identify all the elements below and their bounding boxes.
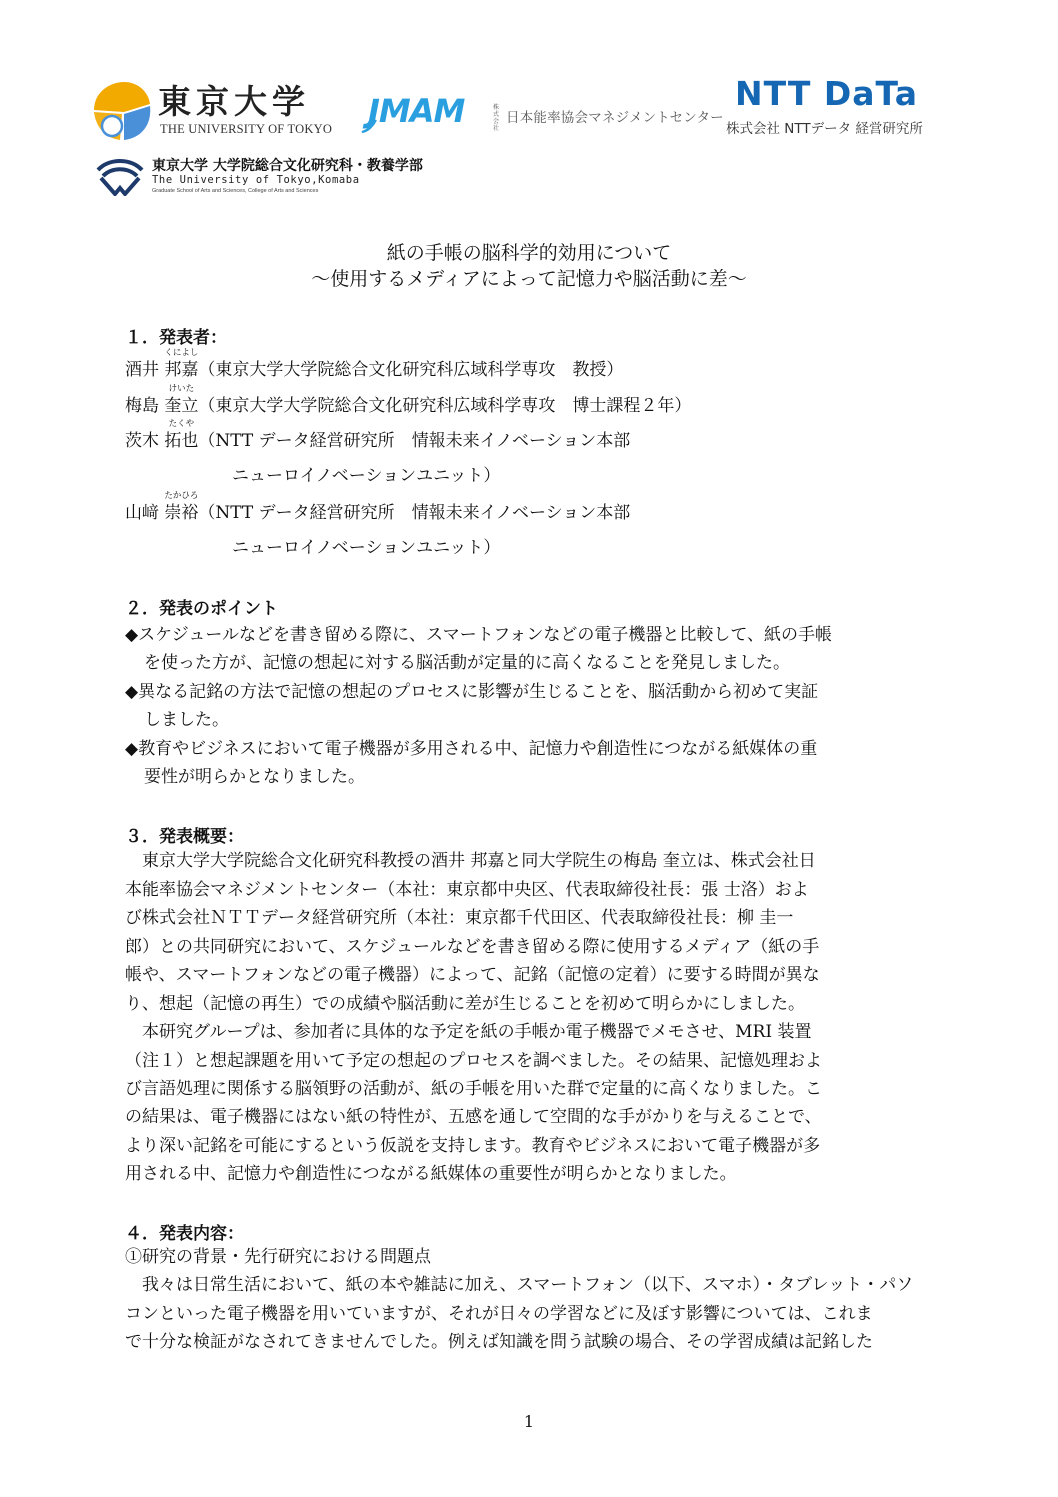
presenter-row: 山﨑 たかひろ崇裕（NTT データ経営研究所 情報未来イノベーション本部 xyxy=(125,501,630,525)
content-subheading: ①研究の背景・先行研究における問題点 xyxy=(125,1245,431,1269)
presenter-ruby: くによし xyxy=(164,348,198,358)
presenter-row: 酒井 くによし邦嘉（東京大学大学院総合文化研究科広域科学専攻 教授） xyxy=(125,358,623,382)
section-heading-points: ２．発表のポイント xyxy=(125,594,278,619)
summary-line: 本研究グループは、参加者に具体的な予定を紙の手帳か電子機器でメモさせ、MRI 装… xyxy=(125,1020,811,1044)
point-item: ◆教育やビジネスにおいて電子機器が多用される中、記憶力や創造性につながる紙媒体の… xyxy=(125,737,817,761)
komaba-name-en-small: Graduate School of Arts and Sciences, Co… xyxy=(152,188,318,194)
presenter-affiliation-continued: ニューロイノベーションユニット） xyxy=(232,464,500,488)
komaba-name-en: The University of Tokyo,Komaba xyxy=(152,174,360,186)
presenter-row: 茨木 たくや拓也（NTT データ経営研究所 情報未来イノベーション本部 xyxy=(125,429,630,453)
summary-line: り、想起（記憶の再生）での成績や脳活動に差が生じることを初めて明らかにしました。 xyxy=(125,992,805,1016)
section-heading-summary: ３．発表概要： xyxy=(125,822,244,847)
summary-line: び株式会社ＮＴＴデータ経営研究所（本社：東京都千代田区、代表取締役社長：柳 圭一 xyxy=(125,906,793,930)
presenter-ruby: けいた xyxy=(164,384,198,394)
summary-line: の結果は、電子機器にはない紙の特性が、五感を通して空間的な手がかりを与えることで… xyxy=(125,1105,822,1129)
utokyo-name-en: THE UNIVERSITY OF TOKYO xyxy=(160,122,332,137)
presenter-ruby: たくや xyxy=(164,419,198,429)
utokyo-ginkgo-logo-icon xyxy=(90,80,152,142)
diamond-bullet-icon: ◆ xyxy=(125,682,138,702)
content-line: で十分な検証がなされてきませんでした。例えば知識を問う試験の場合、その学習成績は… xyxy=(125,1330,873,1354)
document-subtitle: ～使用するメディアによって記憶力や脳活動に差～ xyxy=(0,266,1058,292)
presenter-affiliation-continued: ニューロイノベーションユニット） xyxy=(232,536,500,560)
presenter-surname: 酒井 xyxy=(125,360,159,380)
summary-line: 用される中、記憶力や創造性につながる紙媒体の重要性が明らかとなりました。 xyxy=(125,1162,737,1186)
presenter-given-name: たかひろ崇裕 xyxy=(164,503,198,523)
summary-line: 帳や、スマートフォンなどの電子機器）によって、記銘（記憶の定着）に要する時間が異… xyxy=(125,963,820,987)
summary-line: より深い記銘を可能にするという仮説を支持します。教育やビジネスにおいて電子機器が… xyxy=(125,1134,820,1158)
nttdata-logo: NTT DaTa xyxy=(735,76,918,112)
nttdata-subsidiary-name: 株式会社 NTTデータ 経営研究所 xyxy=(726,117,923,137)
content-line: 我々は日常生活において、紙の本や雑誌に加え、スマートフォン（以下、スマホ）・タブ… xyxy=(125,1273,913,1297)
point-item-cont: 要性が明らかとなりました。 xyxy=(144,765,365,789)
komaba-logo-icon xyxy=(95,154,145,196)
point-item-cont: を使った方が、記憶の想起に対する脳活動が定量的に高くなることを発見しました。 xyxy=(144,651,790,675)
presenter-affiliation: （東京大学大学院総合文化研究科広域科学専攻 教授） xyxy=(198,360,623,380)
summary-line: び言語処理に関係する脳領野の活動が、紙の手帳を用いた群で定量的に高くなりました。… xyxy=(125,1077,822,1101)
summary-line: （注１）と想起課題を用いて予定の想起のプロセスを調べました。その結果、記憶処理お… xyxy=(125,1049,822,1073)
document-title: 紙の手帳の脳科学的効用について xyxy=(0,240,1058,266)
presenter-given-name: たくや拓也 xyxy=(164,431,198,451)
page-number: 1 xyxy=(0,1412,1058,1431)
jmam-logo-icon: JMAM xyxy=(360,90,475,135)
diamond-bullet-icon: ◆ xyxy=(125,625,138,645)
content-line: コンといった電子機器を用いていますが、それが日々の学習などに及ぼす影響については… xyxy=(125,1302,873,1326)
presenter-ruby: たかひろ xyxy=(164,491,198,501)
point-item: ◆スケジュールなどを書き留める際に、スマートフォンなどの電子機器と比較して、紙の… xyxy=(125,623,832,647)
summary-line: 東京大学大学院総合文化研究科教授の酒井 邦嘉と同大学院生の梅島 奎立は、株式会社… xyxy=(125,849,816,873)
presenter-surname: 梅島 xyxy=(125,396,159,416)
presenter-surname: 茨木 xyxy=(125,431,159,451)
presenter-surname: 山﨑 xyxy=(125,503,159,523)
section-heading-content: ４．発表内容： xyxy=(125,1219,244,1244)
jmam-company-name: 株式会社日本能率協会マネジメントセンター xyxy=(493,104,724,132)
diamond-bullet-icon: ◆ xyxy=(125,739,138,759)
presenter-affiliation: （NTT データ経営研究所 情報未来イノベーション本部 xyxy=(198,431,630,451)
presenter-given-name: くによし邦嘉 xyxy=(164,360,198,380)
summary-line: 本能率協会マネジメントセンター（本社：東京都中央区、代表取締役社長：張 士洛）お… xyxy=(125,878,809,902)
presenter-affiliation: （東京大学大学院総合文化研究科広域科学専攻 博士課程２年） xyxy=(198,396,691,416)
presenter-given-name: けいた奎立 xyxy=(164,396,198,416)
section-heading-presenters: １．発表者： xyxy=(125,323,227,348)
utokyo-name-jp: 東京大学 xyxy=(158,84,310,120)
presenter-affiliation: （NTT データ経営研究所 情報未来イノベーション本部 xyxy=(198,503,630,523)
jmam-kabushiki-mark: 株式会社 xyxy=(493,104,503,132)
svg-text:JMAM: JMAM xyxy=(362,92,466,130)
point-item-cont: しました。 xyxy=(144,708,229,732)
point-item: ◆異なる記銘の方法で記憶の想起のプロセスに影響が生じることを、脳活動から初めて実… xyxy=(125,680,818,704)
presenter-row: 梅島 けいた奎立（東京大学大学院総合文化研究科広域科学専攻 博士課程２年） xyxy=(125,394,691,418)
summary-line: 郎）との共同研究において、スケジュールなどを書き留める際に使用するメディア（紙の… xyxy=(125,935,819,959)
komaba-name-jp: 東京大学 大学院総合文化研究科・教養学部 xyxy=(152,155,423,175)
jmam-name-text: 日本能率協会マネジメントセンター xyxy=(506,110,724,126)
